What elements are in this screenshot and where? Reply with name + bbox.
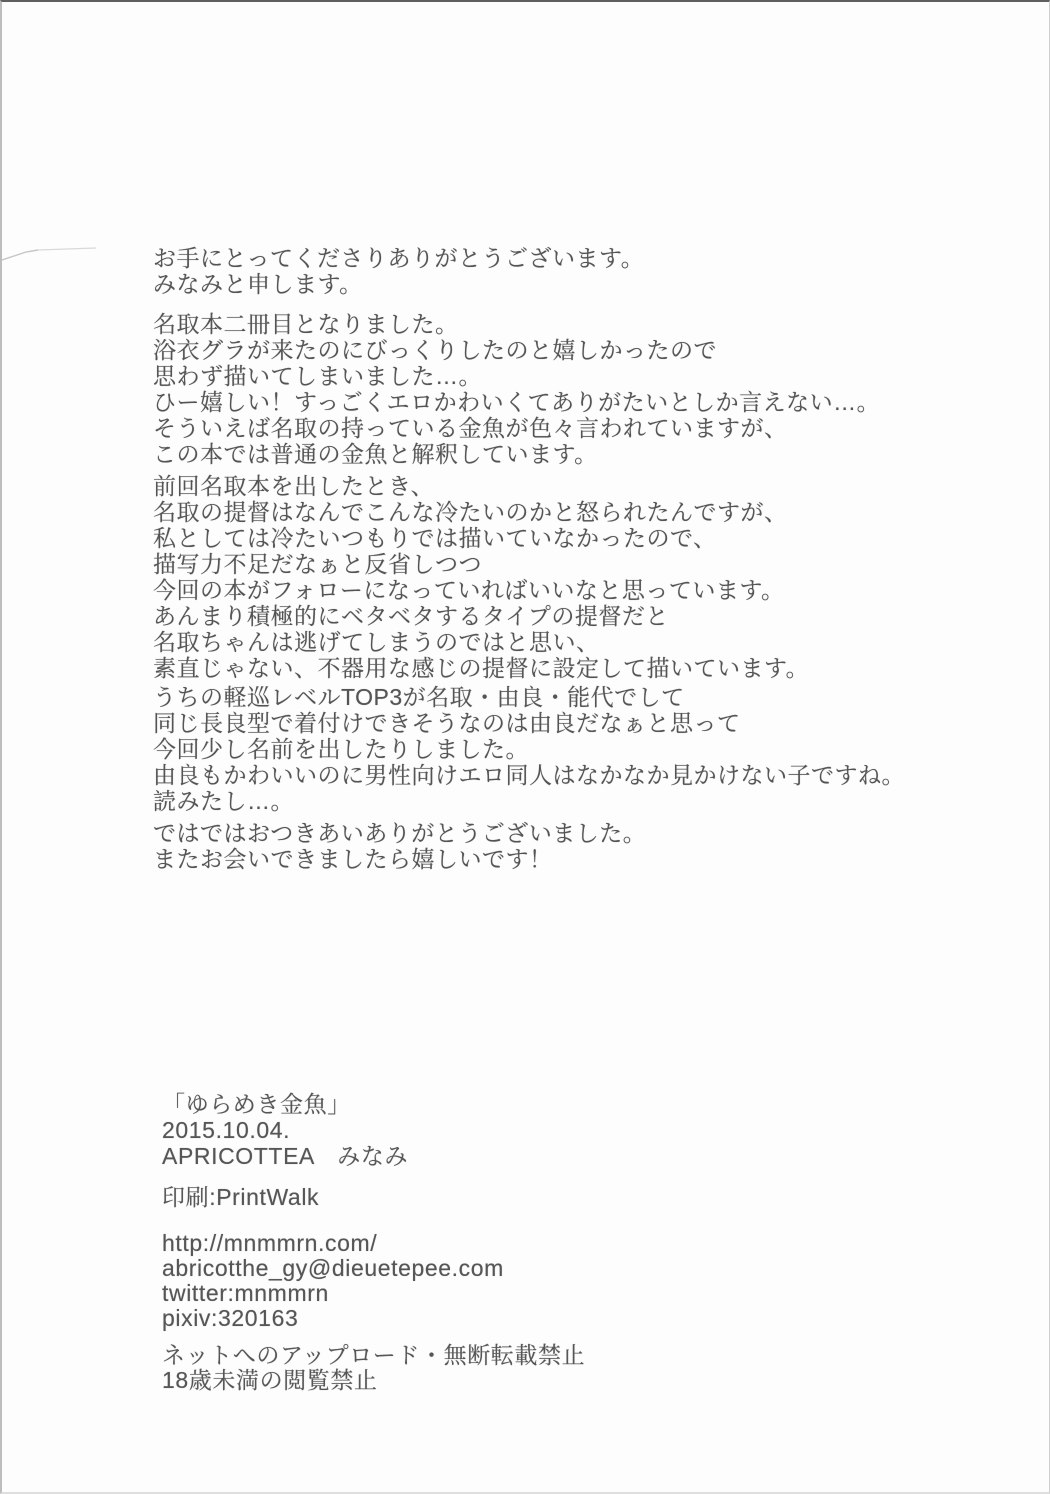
afterword-paragraph-closing: ではではおつきあいありがとうございました。 またお会いできましたら嬉しいです！ [153,820,646,872]
scan-crease-artifact [2,240,112,272]
afterword-paragraph-book-intro: 名取本二冊目となりました。 浴衣グラが来たのにびっくりしたのと嬉しかったので 思… [153,311,880,467]
colophon-book-info: 「ゆらめき金魚」 2015.10.04. APRICOTTEA みなみ [162,1091,408,1169]
colophon-contact-list: http://mnmmrn.com/ abricotthe_gy@dieuete… [162,1231,504,1331]
colophon-printer: 印刷:PrintWalk [162,1184,319,1210]
afterword-paragraph-greeting: お手にとってくださりありがとうございます。 みなみと申します。 [153,245,644,297]
colophon-notices: ネットへのアップロード・無断転載禁止 18歳未満の閲覧禁止 [162,1343,585,1393]
scanned-afterword-page: お手にとってくださりありがとうございます。 みなみと申します。 名取本二冊目とな… [0,0,1050,1494]
afterword-paragraph-previous-book: 前回名取本を出したとき、 名取の提督はなんでこんな冷たいのかと怒られたんですが、… [153,473,809,681]
afterword-paragraph-characters: うちの軽巡レベルTOP3が名取・由良・能代でして 同じ長良型で着付けできそうなの… [153,684,905,814]
